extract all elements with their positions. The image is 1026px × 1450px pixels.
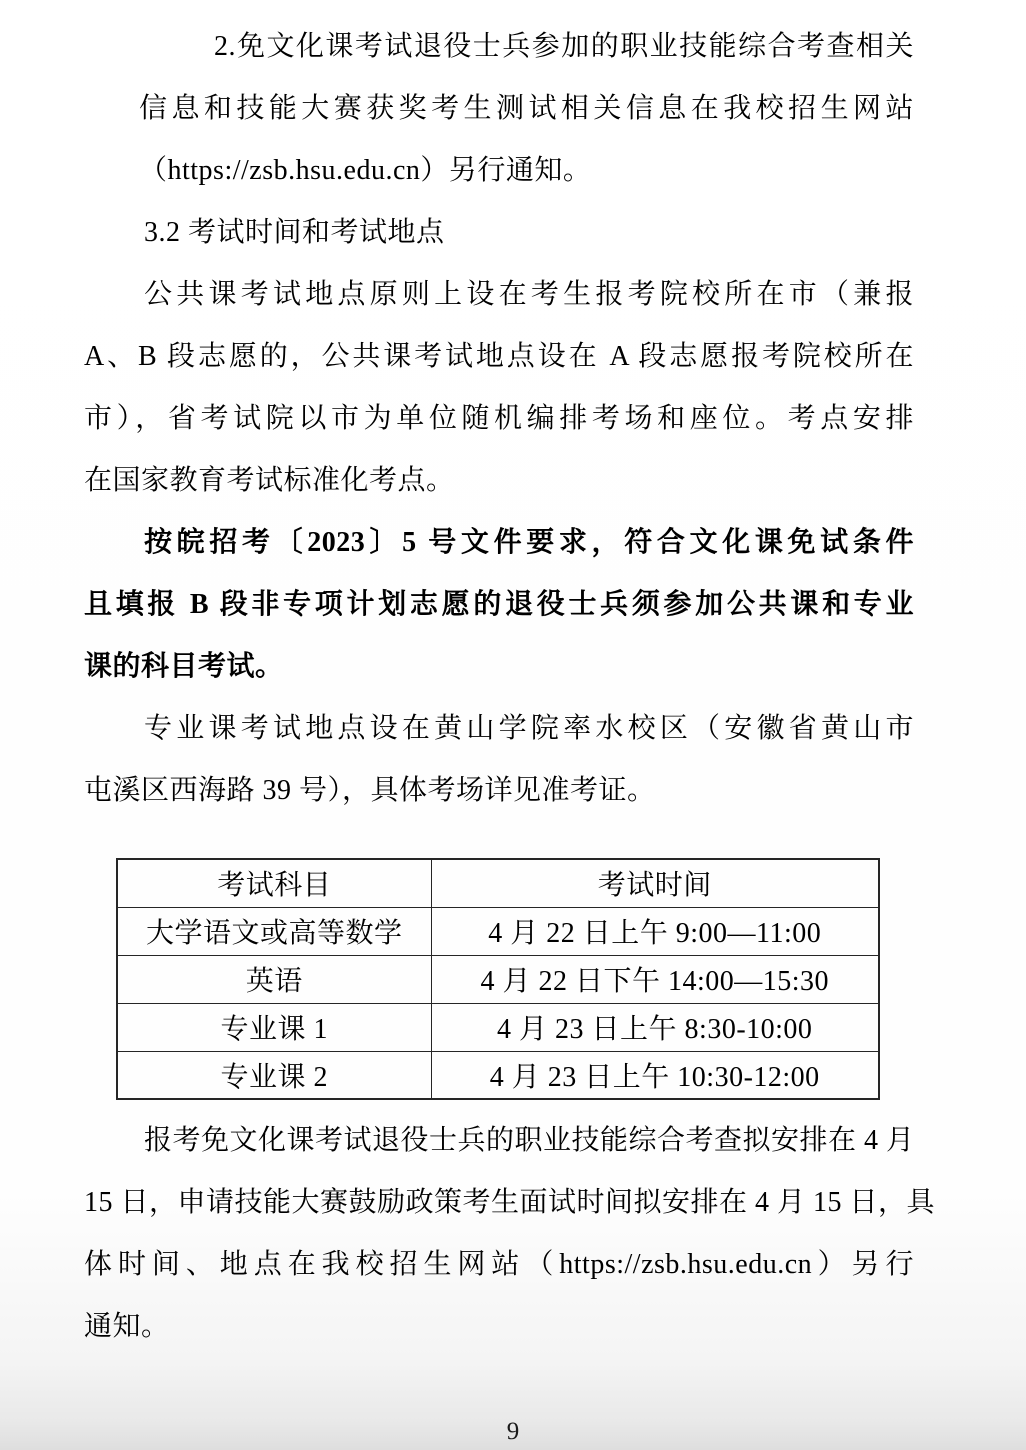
paragraph-line: 2.免文化课考试退役士兵参加的职业技能综合考查相关	[139, 16, 914, 78]
paragraph-line: 屯溪区西海路 39 号），具体考场详见准考证。	[84, 760, 914, 822]
document-body: 2.免文化课考试退役士兵参加的职业技能综合考查相关 信息和技能大赛获奖考生测试相…	[84, 16, 914, 1358]
cell-time: 4 月 23 日上午 8:30-10:00	[431, 1003, 879, 1051]
paragraph-line-url: （https://zsb.hsu.edu.cn）另行通知。	[139, 140, 914, 202]
paragraph-policy-bold: 按皖招考〔2023〕5 号文件要求，符合文化课免试条件 且填报 B 段非专项计划…	[84, 512, 914, 698]
paragraph-line: 信息和技能大赛获奖考生测试相关信息在我校招生网站	[139, 78, 914, 140]
table-header-time: 考试时间	[431, 859, 879, 907]
paragraph-line: 专业课考试地点设在黄山学院率水校区（安徽省黄山市	[84, 698, 914, 760]
table-row: 英语 4 月 22 日下午 14:00—15:30	[117, 955, 879, 1003]
paragraph-line: 且填报 B 段非专项计划志愿的退役士兵须参加公共课和专业	[84, 574, 914, 636]
paragraph-major-course: 专业课考试地点设在黄山学院率水校区（安徽省黄山市 屯溪区西海路 39 号），具体…	[84, 698, 914, 822]
table-row: 专业课 2 4 月 23 日上午 10:30-12:00	[117, 1051, 879, 1099]
paragraph-line: 市），省考试院以市为单位随机编排考场和座位。考点安排	[84, 388, 914, 450]
table-header-row: 考试科目 考试时间	[117, 859, 879, 907]
paragraph-line-url: 体时间、地点在我校招生网站（https://zsb.hsu.edu.cn）另行	[84, 1234, 914, 1296]
paragraph-after-table: 报考免文化课考试退役士兵的职业技能综合考查拟安排在 4 月 15 日，申请技能大…	[84, 1110, 914, 1358]
table-row: 专业课 1 4 月 23 日上午 8:30-10:00	[117, 1003, 879, 1051]
document-page: { "page": { "number": "9" }, "colors": {…	[0, 0, 1026, 1450]
paragraph-line: 报考免文化课考试退役士兵的职业技能综合考查拟安排在 4 月	[84, 1110, 914, 1172]
section-heading-3-2: 3.2 考试时间和考试地点	[84, 202, 914, 264]
paragraph-line: 公共课考试地点原则上设在考生报考院校所在市（兼报	[84, 264, 914, 326]
paragraph-item-2: 2.免文化课考试退役士兵参加的职业技能综合考查相关 信息和技能大赛获奖考生测试相…	[139, 16, 914, 202]
table-row: 大学语文或高等数学 4 月 22 日上午 9:00—11:00	[117, 907, 879, 955]
cell-time: 4 月 23 日上午 10:30-12:00	[431, 1051, 879, 1099]
paragraph-line: 课的科目考试。	[84, 636, 914, 698]
cell-time: 4 月 22 日下午 14:00—15:30	[431, 955, 879, 1003]
page-number: 9	[0, 1418, 1026, 1446]
cell-subject: 英语	[117, 955, 431, 1003]
paragraph-line: 在国家教育考试标准化考点。	[84, 450, 914, 512]
paragraph-line: A、B 段志愿的，公共课考试地点设在 A 段志愿报考院校所在	[84, 326, 914, 388]
exam-schedule-table: 考试科目 考试时间 大学语文或高等数学 4 月 22 日上午 9:00—11:0…	[116, 858, 880, 1100]
paragraph-line: 通知。	[84, 1296, 914, 1358]
cell-subject: 专业课 1	[117, 1003, 431, 1051]
table-header-subject: 考试科目	[117, 859, 431, 907]
cell-time: 4 月 22 日上午 9:00—11:00	[431, 907, 879, 955]
paragraph-line: 15 日，申请技能大赛鼓励政策考生面试时间拟安排在 4 月 15 日，具	[84, 1172, 914, 1234]
cell-subject: 专业课 2	[117, 1051, 431, 1099]
paragraph-public-course: 公共课考试地点原则上设在考生报考院校所在市（兼报 A、B 段志愿的，公共课考试地…	[84, 264, 914, 512]
paragraph-line: 按皖招考〔2023〕5 号文件要求，符合文化课免试条件	[84, 512, 914, 574]
cell-subject: 大学语文或高等数学	[117, 907, 431, 955]
